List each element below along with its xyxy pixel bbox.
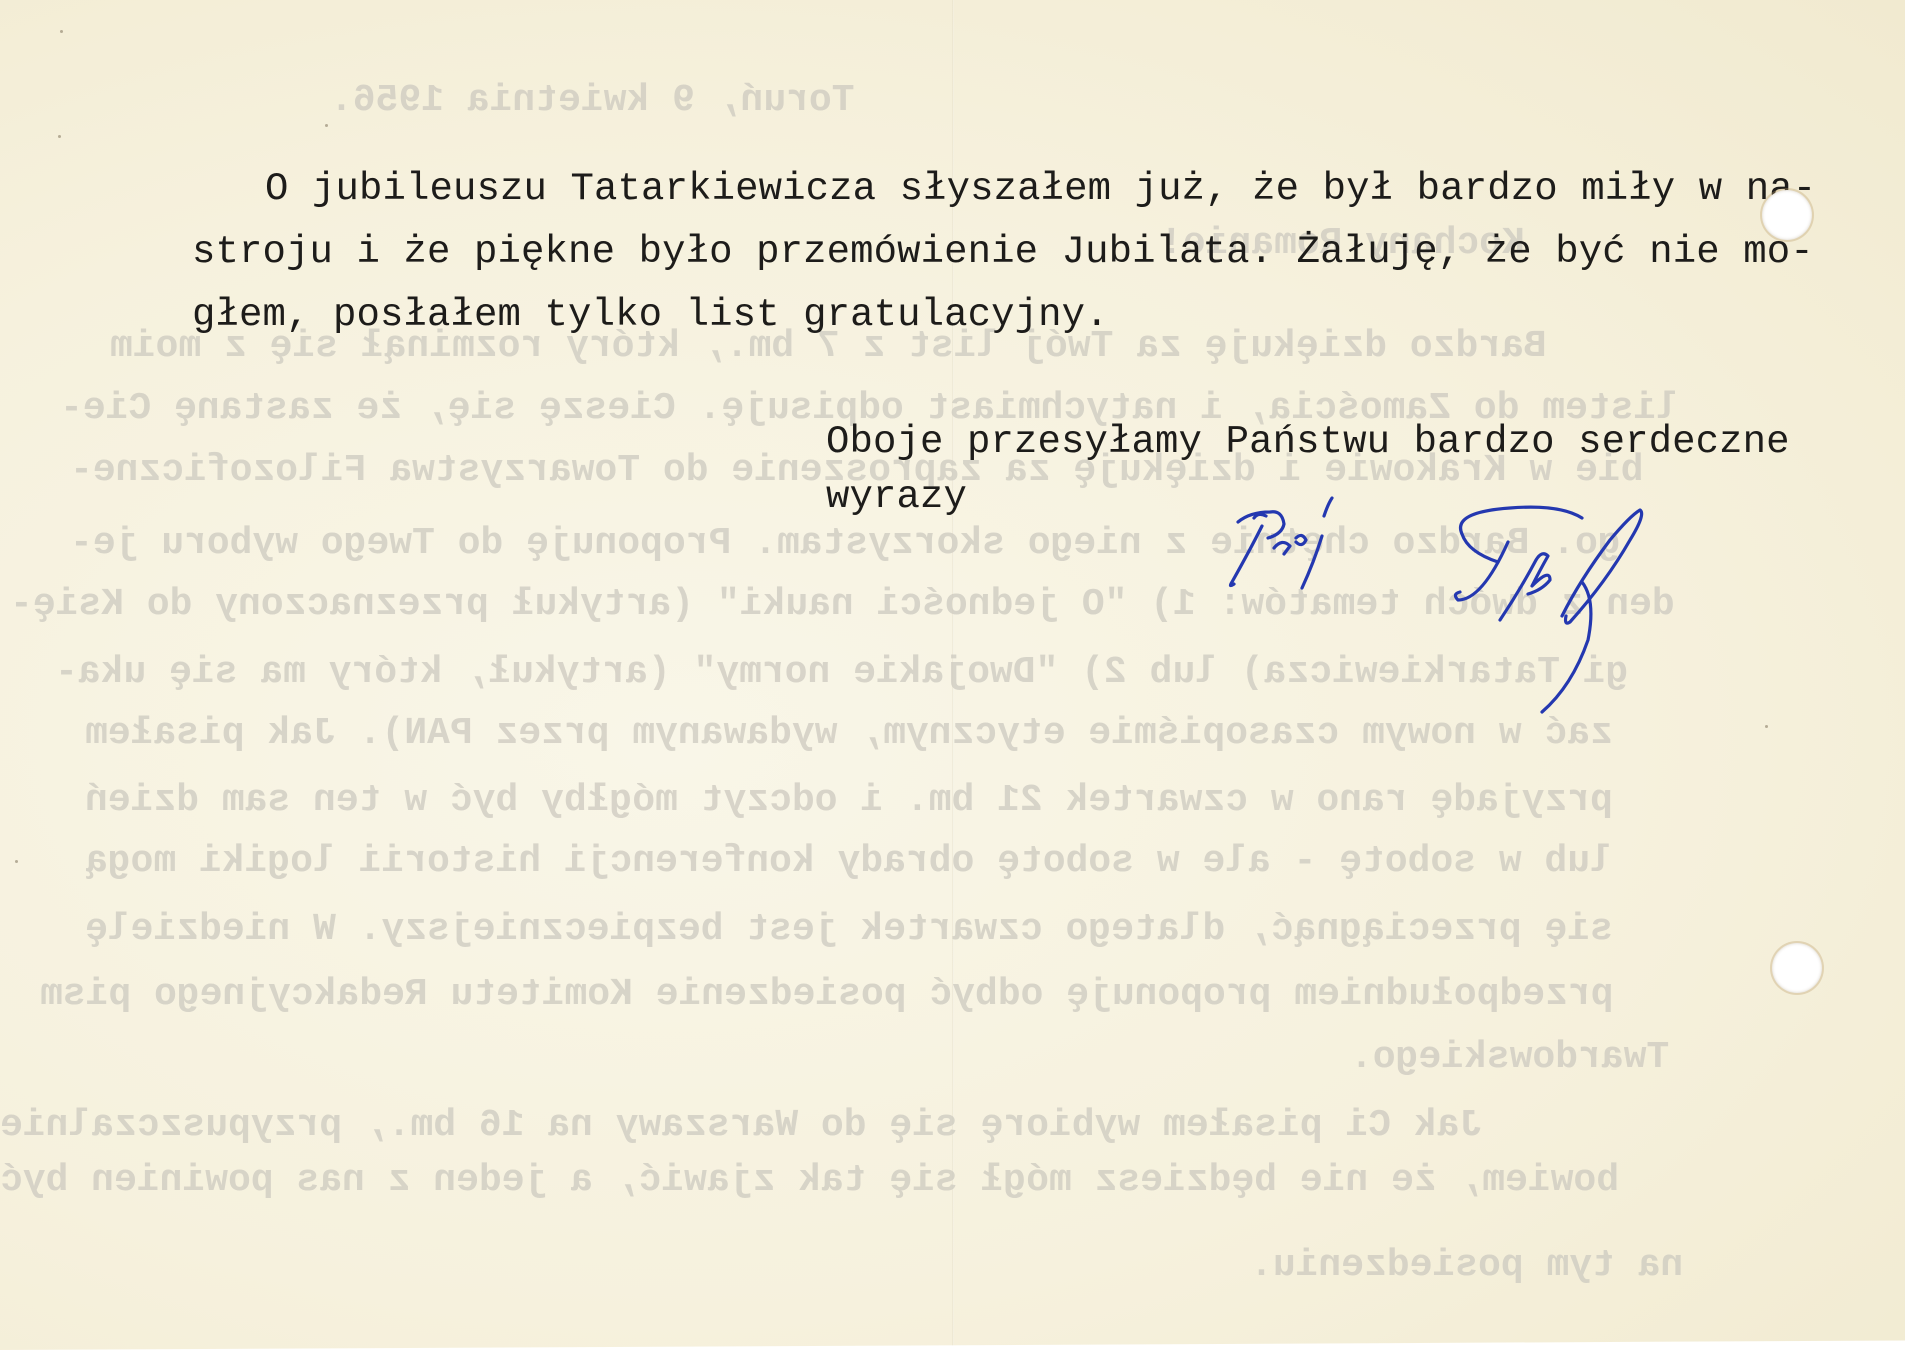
body-line-3: głem, posłałem tylko list gratulacyjny. xyxy=(192,296,1109,335)
body-line-1: O jubileuszu Tatarkiewicza słyszałem już… xyxy=(265,170,1816,209)
bleed-through-line: się przeciągnąć, dlatego czwartek jest b… xyxy=(85,911,1613,949)
bleed-through-line: przyjadę rano w czwartek 21 bm. i odczyt… xyxy=(85,782,1613,820)
bleed-through-line: przedpołudniem proponuję odbyć posiedzen… xyxy=(40,976,1613,1014)
closing-line-2: wyrazy xyxy=(826,478,967,517)
bleed-through-line: na tym posiedzeniu. xyxy=(1250,1247,1683,1285)
paper-speck xyxy=(1765,725,1768,728)
letter-paper: Toruń, 9 kwietnia 1956. Kochany Romanie!… xyxy=(0,0,1905,1350)
paper-speck xyxy=(325,124,328,127)
punch-hole-top xyxy=(1762,190,1812,240)
paper-speck xyxy=(60,30,63,33)
bleed-through-line: Jak Ci pisałem wybiorę się do Warszawy n… xyxy=(0,1107,1482,1145)
body-line-2: stroju i że piękne było przemówienie Jub… xyxy=(192,233,1814,272)
closing-line-1: Oboje przesyłamy Państwu bardzo serdeczn… xyxy=(826,423,1790,462)
punch-hole-bottom xyxy=(1772,943,1822,993)
paper-speck xyxy=(15,860,18,863)
bleed-through-line: Toruń, 9 kwietnia 1956. xyxy=(330,82,855,120)
bleed-through-line: bowiem, że nie będziesz mógł się tak zja… xyxy=(0,1162,1619,1200)
signature xyxy=(1210,490,1670,730)
bleed-through-line: Twardowskiego. xyxy=(1350,1039,1669,1077)
paper-speck xyxy=(58,135,61,138)
bleed-through-line: lub w sobotę - ale w sobotę obrady konfe… xyxy=(85,843,1613,881)
